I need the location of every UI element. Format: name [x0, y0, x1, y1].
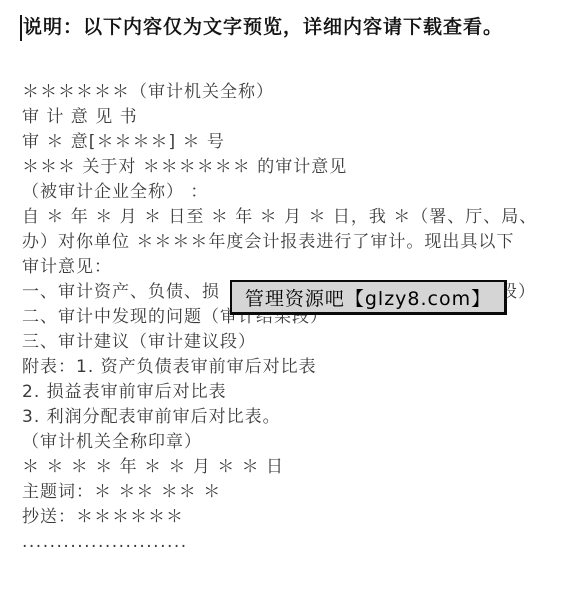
doc-line: （被审计企业全称） ：	[22, 180, 570, 205]
doc-line: ＊＊＊＊＊＊（审计机关全称）	[22, 80, 570, 105]
doc-line: 主题词：＊ ＊＊ ＊＊ ＊	[22, 480, 570, 505]
doc-line: 3. 利润分配表审前审后对比表。	[22, 405, 570, 430]
doc-line: 抄送：＊＊＊＊＊＊	[22, 505, 570, 530]
doc-line: 2. 损益表审前审后对比表	[22, 380, 570, 405]
preview-notice: 说明：以下内容仅为文字预览，详细内容请下载查看。	[23, 13, 503, 41]
watermark-label: 管理资源吧【glzy8.com】	[245, 284, 491, 311]
text-cursor-caret	[20, 15, 22, 41]
doc-line: 自 ＊ 年 ＊ 月 ＊ 日至 ＊ 年 ＊ 月 ＊ 日，我 ＊（署、厅、局、	[22, 205, 570, 230]
doc-dots-line: ........................	[22, 530, 570, 555]
doc-line: 审 计 意 见 书	[22, 105, 570, 130]
doc-line: ＊ ＊ ＊ ＊ 年 ＊ ＊ 月 ＊ ＊ 日	[22, 455, 570, 480]
doc-line: 附表：1. 资产负债表审前审后对比表	[22, 355, 570, 380]
doc-line-left-fragment: 一、审计资产、负债、损	[22, 282, 220, 302]
doc-line: ＊＊＊ 关于对 ＊＊＊＊＊＊ 的审计意见	[22, 155, 570, 180]
doc-line: 三、审计建议（审计建议段）	[22, 330, 570, 355]
doc-line: 办）对你单位 ＊＊＊＊年度会计报表进行了审计。现出具以下	[22, 230, 570, 255]
doc-line: 审计意见：	[22, 255, 570, 280]
document-body: ＊＊＊＊＊＊（审计机关全称） 审 计 意 见 书 审 ＊ 意[＊＊＊＊] ＊ 号…	[22, 80, 570, 555]
watermark-badge: 管理资源吧【glzy8.com】	[230, 280, 507, 315]
doc-line: 审 ＊ 意[＊＊＊＊] ＊ 号	[22, 130, 570, 155]
doc-line: （审计机关全称印章）	[22, 430, 570, 455]
